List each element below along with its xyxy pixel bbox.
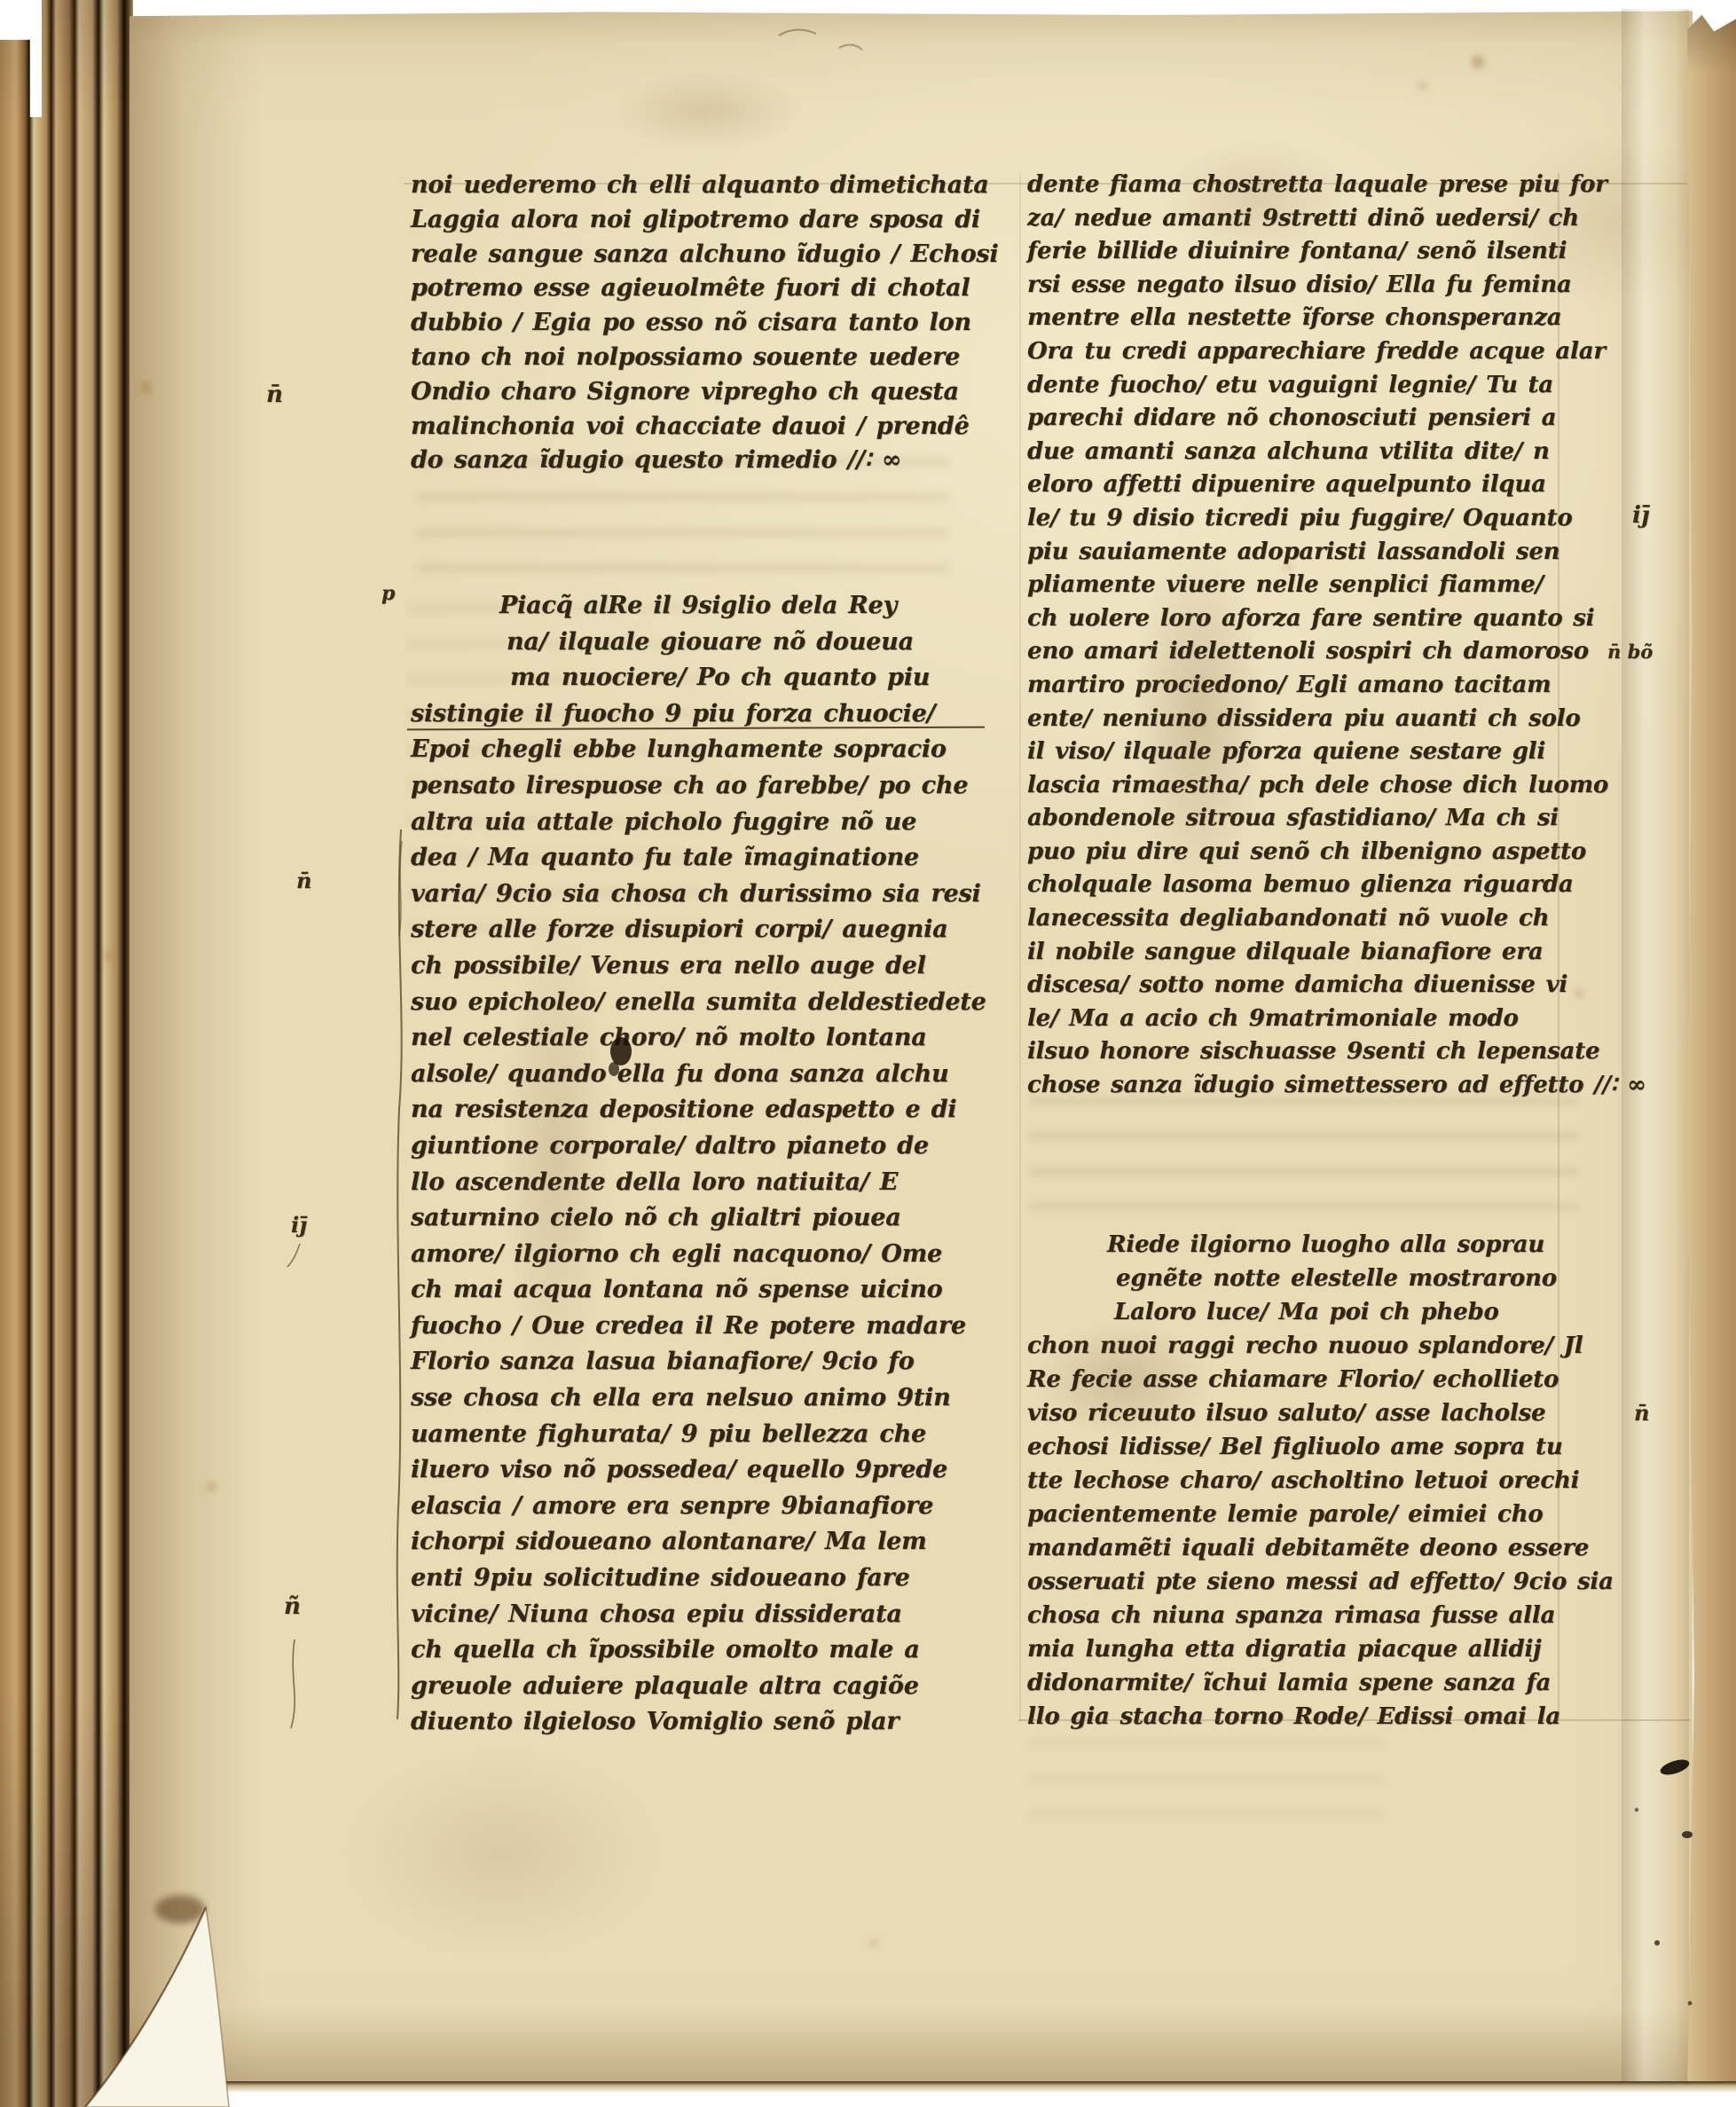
manuscript-line: suo epicholeo/ enella sumita deldestiede… [411,985,983,1021]
manuscript-line: lanecessita degliabandonati nõ vuole ch [1027,902,1599,936]
manuscript-line: elascia / amore era senpre 9bianafiore [411,1489,983,1525]
manuscript-line: diuento ilgieloso Vomiglio senõ plar [411,1704,983,1741]
manuscript-line: mandamẽti iquali debitamẽte deono essere [1027,1531,1599,1565]
manuscript-line: le/ tu 9 disio ticredi piu fuggire/ Oqua… [1027,502,1599,536]
manuscript-line: eloro affetti dipuenire aquelpunto ilqua [1027,468,1599,502]
manuscript-line: iluero viso nõ possedea/ equello 9prede [411,1452,983,1489]
stain [342,1748,662,1961]
manuscript-line: varia/ 9cio sia chosa ch durissimo sia r… [411,877,983,913]
manuscript-line: martiro prociedono/ Egli amano tacitam [1027,669,1599,703]
manuscript-line: dente fiama chostretta laquale prese piu… [1027,169,1599,202]
manuscript-line: ch possibile/ Venus era nello auge del [411,948,983,985]
manuscript-line: chon nuoi raggi recho nuouo splandore/ J… [1027,1329,1599,1363]
manuscript-line: Re fecie asse chiamare Florio/ echolliet… [1027,1363,1599,1396]
manuscript-line: ilsuo honore sischuasse 9senti ch lepens… [1027,1035,1599,1069]
manuscript-line: pensato lirespuose ch ao farebbe/ po che [411,768,983,805]
manuscript-line: chosa ch niuna spanza rimasa fusse alla [1027,1599,1599,1632]
manuscript-line: do sanza ĩdugio questo rimedio //∶ ∞ [411,444,983,478]
manuscript-line: altra uia attale picholo fuggire nõ ue [411,805,983,841]
manuscript-line: didonarmite/ ĩchui lamia spene sanza fa [1027,1666,1599,1700]
manuscript-line: llo gia stacha torno Rode/ Edissi omai l… [1027,1700,1599,1734]
manuscript-line: na resistenza depositione edaspetto e di [411,1092,983,1128]
manuscript-line: vicine/ Niuna chosa epiu dissiderata [411,1597,983,1633]
manuscript-line: amore/ ilgiorno ch egli nacquono/ Ome [411,1237,983,1273]
manuscript-line: chose sanza ĩdugio simettessero ad effet… [1027,1069,1599,1103]
manuscript-line: Florio sanza lasua bianafiore/ 9cio fo [411,1344,983,1380]
manuscript-line: echosi lidisse/ Bel figliuolo ame sopra … [1027,1430,1599,1464]
manuscript-line: sse chosa ch ella era nelsuo animo 9tin [411,1380,983,1417]
right-column-block: dente fiama chostretta laquale prese piu… [1027,169,1599,1103]
manuscript-line: Riede ilgiorno luogho alla soprau [1027,1228,1599,1262]
manuscript-line: ente/ neniuno dissidera piu auanti ch so… [1027,703,1599,736]
manuscript-line: ch quella ch ĩpossibile omolto male a [411,1632,983,1669]
manuscript-line: ch uolere loro aforza fare sentire quant… [1027,602,1599,636]
manuscript-line: noi uederemo ch elli alquanto dimetichat… [411,169,983,203]
manuscript-line: Ora tu credi apparechiare fredde acque a… [1027,335,1599,369]
manuscript-line: osseruati pte sieno messi ad effetto/ 9c… [1027,1565,1599,1599]
right-column-block: Riede ilgiorno luogho alla soprauegnẽte … [1027,1228,1599,1734]
page-bottom-edge [182,2081,1736,2107]
manuscript-line: reale sangue sanza alchuno ĩdugio / Echo… [411,238,983,272]
manuscript-line: le/ Ma a acio ch 9matrimoniale modo [1027,1002,1599,1036]
manuscript-line: lascia rimaestha/ pch dele chose dich lu… [1027,769,1599,803]
stain [609,71,804,151]
manuscript-line: Laloro luce/ Ma poi ch phebo [1027,1295,1599,1329]
manuscript-line: pacientemente lemie parole/ eimiei cho [1027,1498,1599,1531]
manuscript-line: dea / Ma quanto fu tale ĩmaginatione [411,840,983,877]
manuscript-line: due amanti sanza alchuna vtilita dite/ n [1027,436,1599,469]
manuscript-line: eno amari idelettenoli sospiri ch damoro… [1027,635,1599,669]
margin-mark-right-1: ij̄ [1632,502,1649,529]
manuscript-line: Ondio charo Signore vipregho ch questa [411,375,983,410]
margin-mark-left-3: ij̄ [291,1212,307,1238]
manuscript-line: Piacq̃ alRe il 9siglio dela Rey [411,588,983,625]
manuscript-line: il viso/ ilquale pforza quiene sestare g… [1027,735,1599,769]
manuscript-line: mia lungha etta digratia piacque allidij [1027,1632,1599,1666]
manuscript-line: uamente fighurata/ 9 piu bellezza che [411,1417,983,1453]
manuscript-line: ch mai acqua lontana nõ spense uicino [411,1272,983,1309]
manuscript-line: za/ nedue amanti 9stretti dinõ uedersi/ … [1027,202,1599,236]
manuscript-line: Epoi chegli ebbe lunghamente sopracio [411,732,983,768]
margin-mark-right-3: n̄ [1634,1400,1649,1426]
manuscript-line: alsole/ quando ella fu dona sanza alchu [411,1057,983,1093]
manuscript-line: nel celestiale choro/ nõ molto lontana [411,1020,983,1057]
manuscript-line: greuole aduiere plaquale altra cagiõe [411,1669,983,1705]
manuscript-line: discesa/ sotto nome damicha diuenisse vi [1027,969,1599,1002]
margin-mark-left-4: ñ [284,1593,301,1620]
manuscript-line: abondenole sitroua sfastidiano/ Ma ch si [1027,802,1599,836]
manuscript-line: parechi didare nõ chonosciuti pensieri a [1027,402,1599,436]
manuscript-line: fuocho / Oue credea il Re potere madare [411,1309,983,1345]
manuscript-line: na/ ilquale giouare nõ doueua [411,625,983,661]
margin-mark-left-1: n̄ [266,381,283,408]
left-column-block: Piacq̃ alRe il 9siglio dela Reyna/ ilqua… [411,588,983,1741]
page-right-rolled-edge [1622,9,1689,2087]
manuscript-line: rsi esse negato ilsuo disio/ Ella fu fem… [1027,269,1599,303]
manuscript-line: piu sauiamente adoparisti lassandoli sen [1027,536,1599,570]
paragraph-mark: p [381,582,395,605]
manuscript-line: stere alle forze disupiori corpi/ auegni… [411,912,983,948]
margin-mark-right-2: n̄ bõ [1607,641,1653,663]
page-right-torn-edge [1687,11,1736,2092]
manuscript-line: mentre ella nestette ĩforse chonsperanza [1027,302,1599,335]
manuscript-line: cholquale lasoma bemuo glienza riguarda [1027,869,1599,902]
manuscript-photo: noi uederemo ch elli alquanto dimetichat… [0,0,1736,2107]
manuscript-line: il nobile sangue dilquale bianafiore era [1027,936,1599,970]
manuscript-line: dubbio / Egia po esso nõ cisara tanto lo… [411,306,983,341]
manuscript-line: tano ch noi nolpossiamo souente uedere [411,341,983,375]
manuscript-line: tte lechose charo/ ascholtino letuoi ore… [1027,1464,1599,1498]
manuscript-line: enti 9piu solicitudine sidoueano fare [411,1561,983,1597]
manuscript-line: dente fuocho/ etu vaguigni legnie/ Tu ta [1027,369,1599,403]
manuscript-line: Laggia alora noi glipotremo dare sposa d… [411,203,983,238]
manuscript-line: giuntione corporale/ daltro pianeto de [411,1128,983,1165]
manuscript-line: ferie billide diuinire fontana/ senõ ils… [1027,235,1599,269]
manuscript-line: saturnino cielo nõ ch glialtri piouea [411,1200,983,1237]
manuscript-line: ma nuociere/ Po ch quanto piu [411,660,983,696]
manuscript-line: sistingie il fuocho 9 piu forza chuocie/ [411,696,983,733]
manuscript-line: pliamente viuere nelle senplici fiamme/ [1027,569,1599,602]
manuscript-line: potremo esse agieuolmête fuori di chotal [411,271,983,306]
manuscript-line: malinchonia voi chacciate dauoi / prendê [411,410,983,444]
manuscript-line: llo ascendente della loro natiuita/ E [411,1165,983,1201]
manuscript-line: viso riceuuto ilsuo saluto/ asse lachols… [1027,1396,1599,1430]
manuscript-line: egnẽte notte elestelle mostrarono [1027,1262,1599,1295]
manuscript-line: puo piu dire qui senõ ch ilbenigno aspet… [1027,836,1599,869]
manuscript-line: ichorpi sidoueano alontanare/ Ma lem [411,1524,983,1561]
left-column-block: noi uederemo ch elli alquanto dimetichat… [411,169,983,478]
margin-mark-left-2: n̄ [296,868,311,893]
book-spine-page-edges [0,0,133,2107]
